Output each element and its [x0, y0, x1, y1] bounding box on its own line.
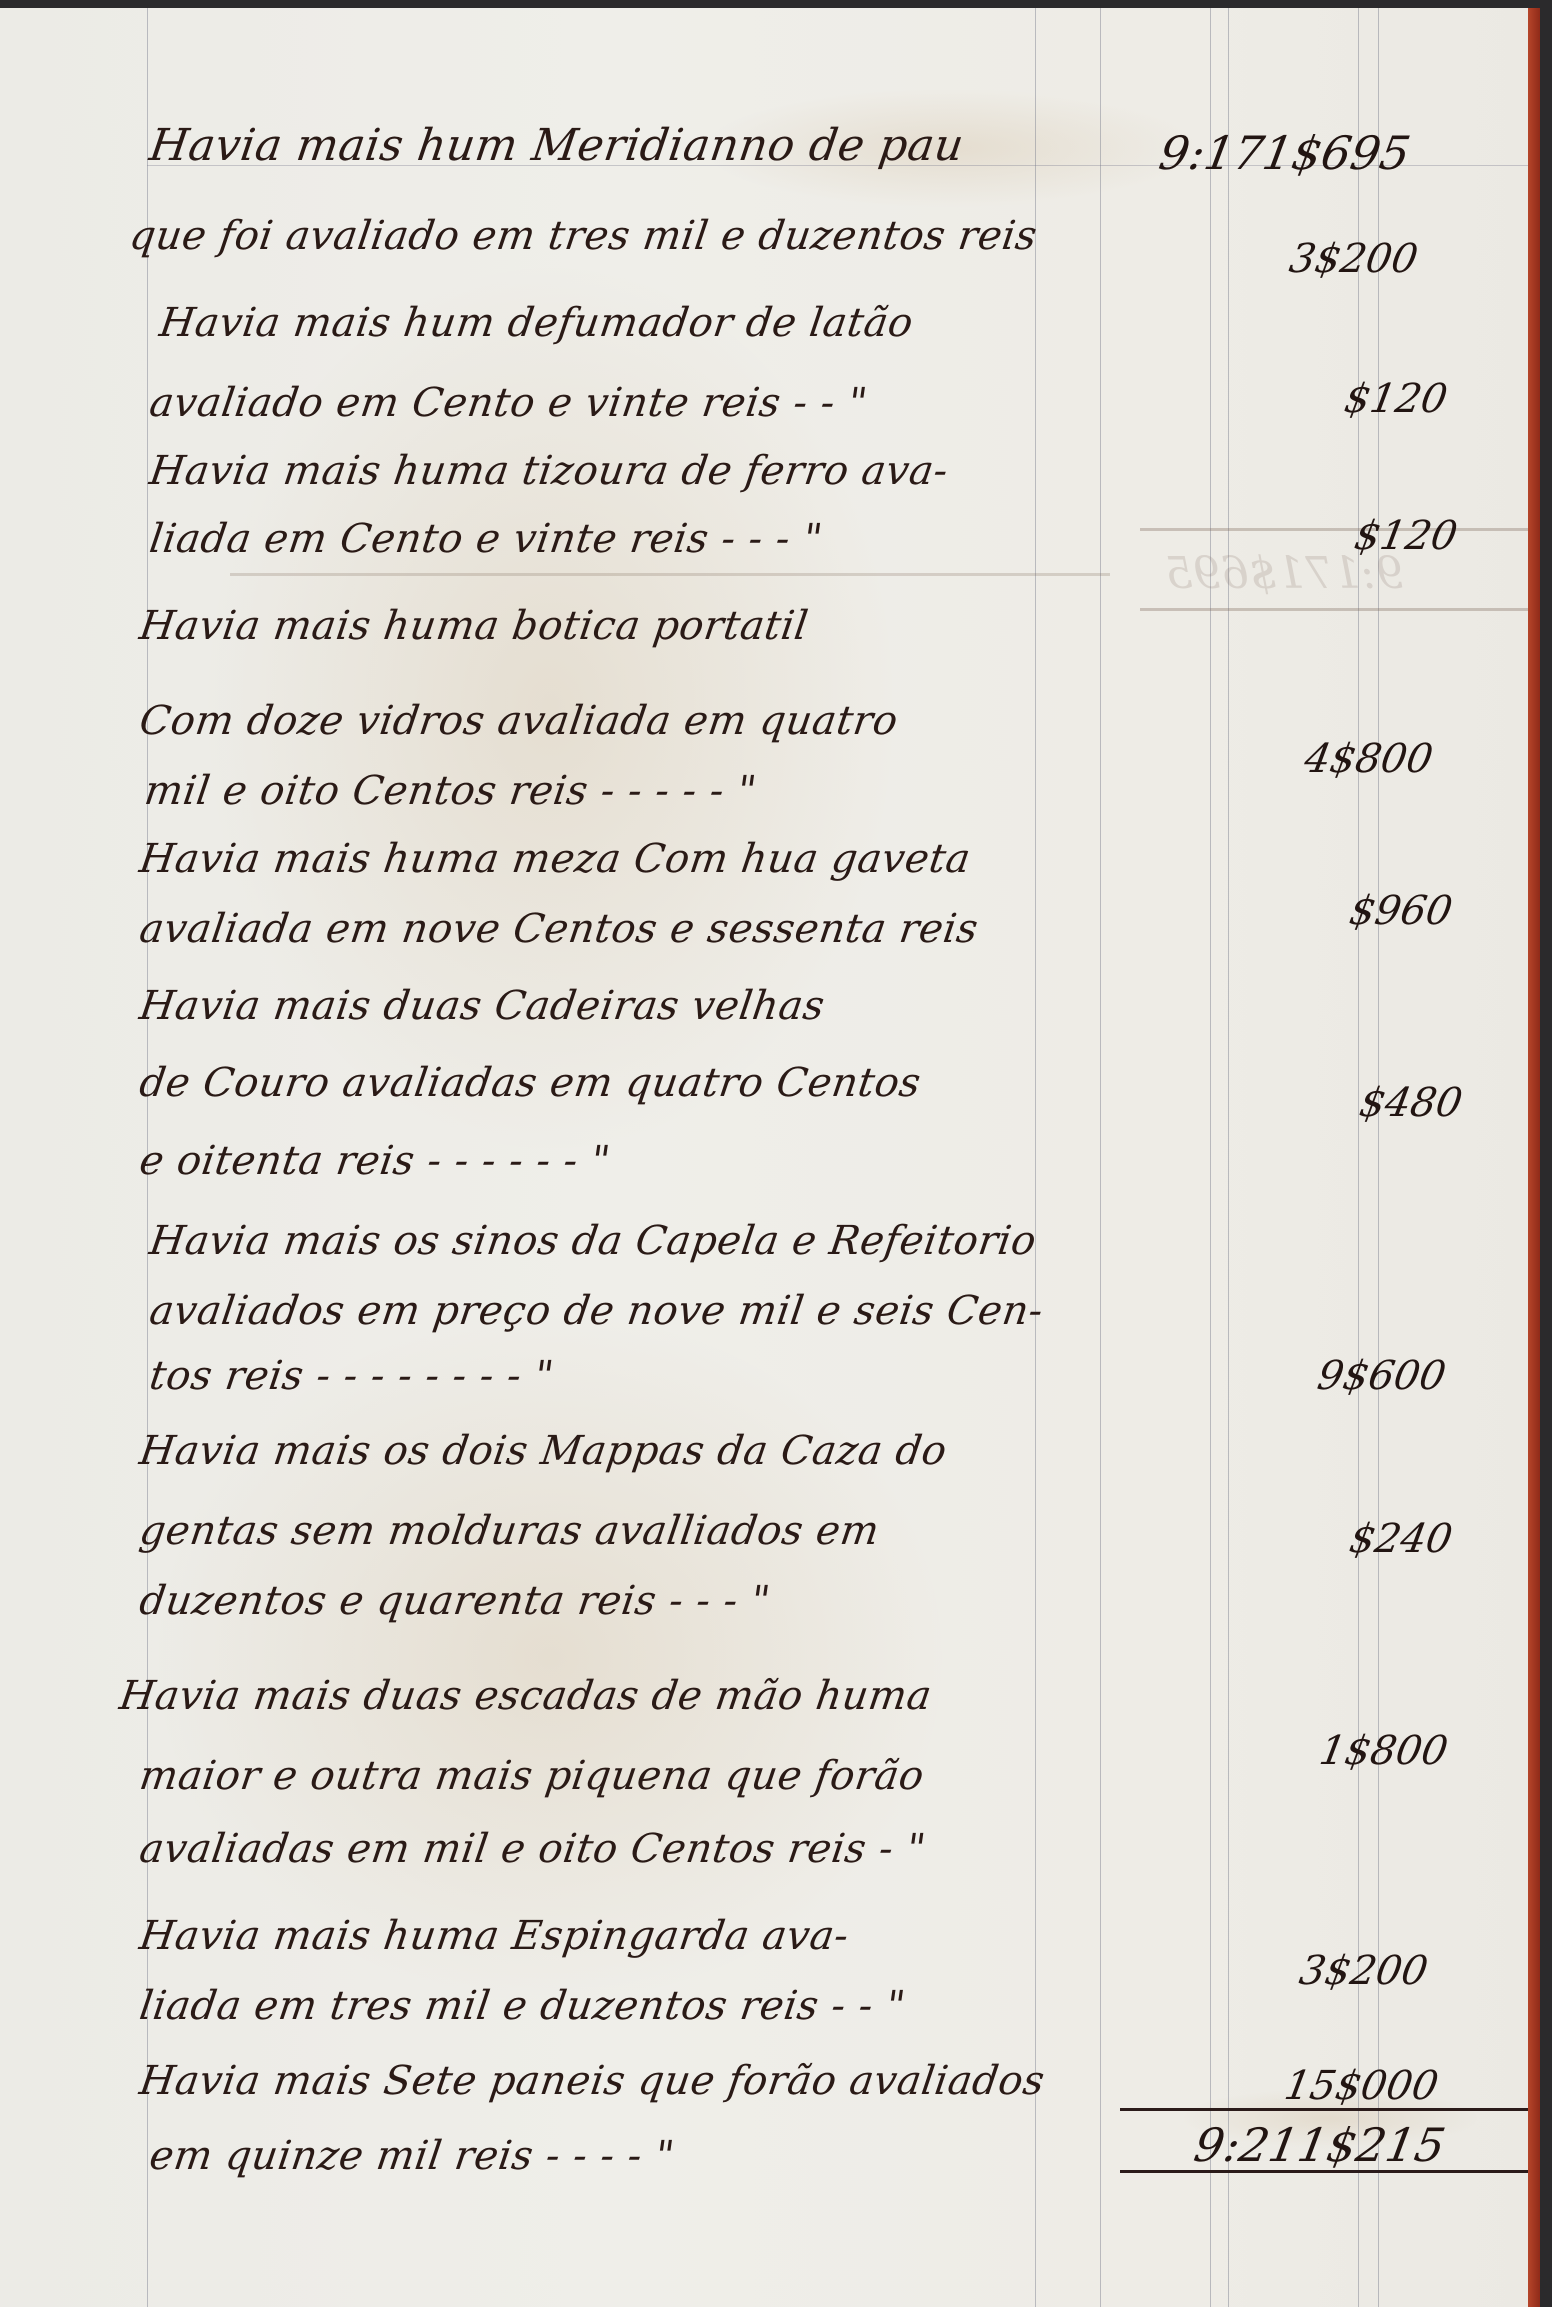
entry-line: Havia mais hum defumador de latão [157, 300, 916, 346]
entry-amount: $240 [1346, 1516, 1456, 1562]
entry-line: avaliadas em mil e oito Centos reis - " [137, 1826, 929, 1872]
entry-line: Havia mais duas Cadeiras velhas [137, 983, 828, 1029]
paper-stain [150, 1308, 950, 2008]
entry-amount: 4$800 [1301, 736, 1436, 782]
entry-amount: 15$000 [1281, 2063, 1442, 2109]
entry-line: Havia mais hum Meridianno de pau [146, 120, 967, 171]
total-rule-bottom [1120, 2170, 1540, 2173]
entry-amount: 3$200 [1296, 1948, 1431, 1994]
entry-amount: 3$200 [1286, 236, 1421, 282]
entry-line: Havia mais duas escadas de mão huma [117, 1673, 935, 1719]
entry-line: maior e outra mais piquena que forão [137, 1753, 927, 1799]
column-rule [1228, 8, 1229, 2307]
total-rule-top [1120, 2108, 1540, 2111]
entry-line: Havia mais huma meza Com hua gaveta [137, 836, 974, 882]
entry-line: de Couro avaliadas em quatro Centos [137, 1060, 924, 1106]
entry-line: em quinze mil reis - - - - " [147, 2133, 678, 2179]
entry-line: e oitenta reis - - - - - - " [137, 1138, 613, 1184]
entry-line: mil e oito Centos reis - - - - - " [142, 768, 760, 814]
column-rule [1210, 8, 1211, 2307]
total-amount: 9:211$215 [1190, 2118, 1449, 2172]
entry-amount: 1$800 [1316, 1728, 1451, 1774]
bleed-rule [1140, 528, 1540, 531]
entry-line: que foi avaliado em tres mil e duzentos … [127, 213, 1040, 259]
column-rule [1035, 8, 1036, 2307]
bleed-rule [230, 573, 1110, 576]
entry-amount: $120 [1341, 376, 1451, 422]
column-rule [1100, 8, 1101, 2307]
entry-line: liada em Cento e vinte reis - - - " [147, 516, 826, 562]
entry-line: liada em tres mil e duzentos reis - - " [137, 1983, 909, 2029]
entry-line: avaliado em Cento e vinte reis - - " [147, 380, 871, 426]
entry-line: avaliada em nove Centos e sessenta reis [137, 906, 981, 952]
book-binding-edge [1528, 8, 1540, 2307]
carried-forward-amount: 9:171$695 [1155, 126, 1414, 180]
entry-amount: $960 [1346, 888, 1456, 934]
entry-line: Havia mais os sinos da Capela e Refeitor… [147, 1218, 1040, 1264]
entry-line: Havia mais huma botica portatil [137, 603, 811, 649]
entry-line: tos reis - - - - - - - - " [147, 1353, 557, 1399]
entry-line: avaliados em preço de nove mil e seis Ce… [147, 1288, 1046, 1334]
entry-line: Havia mais Sete paneis que forão avaliad… [137, 2058, 1048, 2104]
entry-line: Com doze vidros avaliada em quatro [137, 698, 901, 744]
entry-line: Havia mais huma tizoura de ferro ava- [147, 448, 951, 494]
entry-amount: $480 [1356, 1080, 1466, 1126]
entry-line: Havia mais os dois Mappas da Caza do [137, 1428, 950, 1474]
entry-amount: $120 [1351, 513, 1461, 559]
entry-amount: 9$600 [1314, 1353, 1449, 1399]
bleed-rule [1140, 608, 1540, 611]
entry-line: Havia mais huma Espingarda ava- [137, 1913, 852, 1959]
entry-line: duzentos e quarenta reis - - - " [137, 1578, 773, 1624]
ledger-page: 9:171$695 9:171$695 Havia mais hum Merid… [0, 8, 1540, 2307]
entry-line: gentas sem molduras avalliados em [137, 1508, 882, 1554]
